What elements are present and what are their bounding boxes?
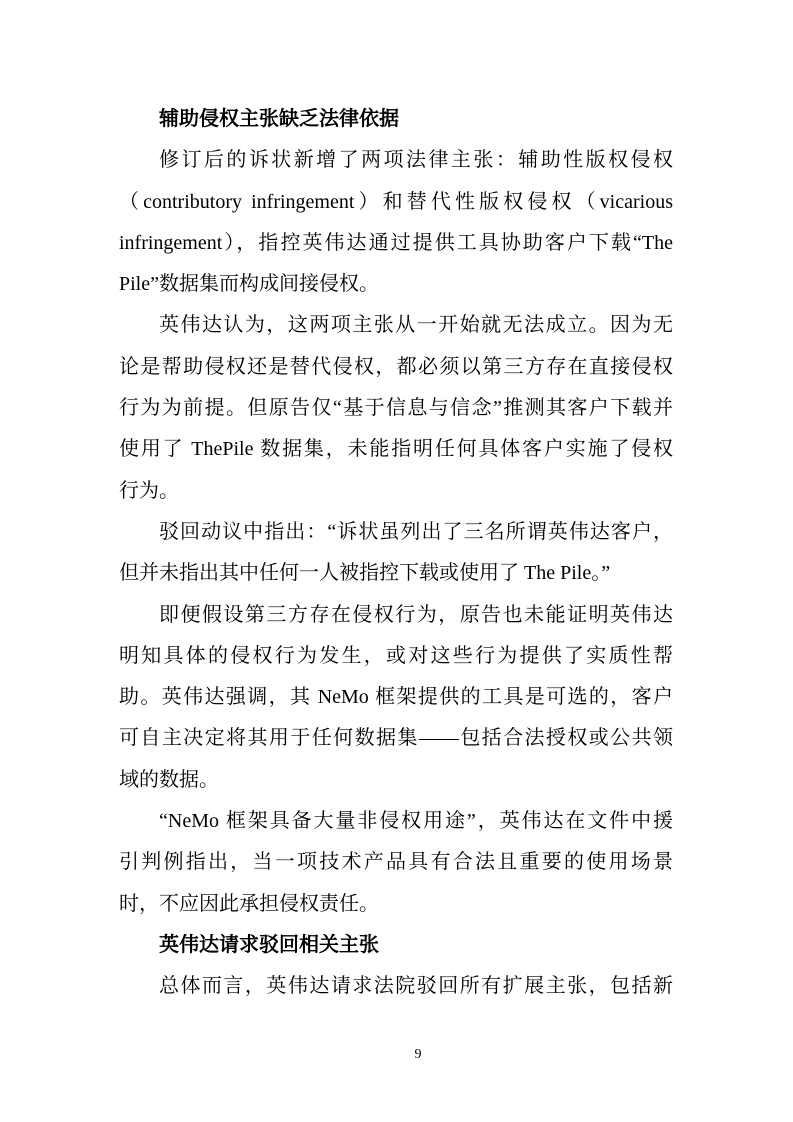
text-line: 引判例指出，当一项技术产品具有合法且重要的使用场景 [119,842,673,883]
page-body-text: 辅助侵权主张缺乏法律依据 修订后的诉状新增了两项法律主张：辅助性版权侵权 （co… [119,99,673,1008]
document-page: 辅助侵权主张缺乏法律依据 修订后的诉状新增了两项法律主张：辅助性版权侵权 （co… [0,0,793,1122]
heading-text: 英伟达请求驳回相关主张 [119,925,673,966]
paragraph-nvidia-position: 英伟达认为，这两项主张从一开始就无法成立。因为无 论是帮助侵权还是替代侵权，都必… [119,305,673,511]
text-line: “NeMo 框架具备大量非侵权用途”，英伟达在文件中援 [119,801,673,842]
text-line: 总体而言，英伟达请求法院驳回所有扩展主张，包括新 [119,966,673,1007]
text-line: 但并未指出其中任何一人被指控下载或使用了 The Pile。” [119,553,673,594]
text-line: （contributory infringement）和替代性版权侵权（vica… [119,182,673,223]
section-heading-dismiss-request: 英伟达请求驳回相关主张 [119,925,673,966]
text-line: 驳回动议中指出：“诉状虽列出了三名所谓英伟达客户， [119,512,673,553]
text-line: 时，不应因此承担侵权责任。 [119,884,673,925]
text-line: 英伟达认为，这两项主张从一开始就无法成立。因为无 [119,305,673,346]
text-line: 使用了 ThePile 数据集，未能指明任何具体客户实施了侵权 [119,429,673,470]
heading-text: 辅助侵权主张缺乏法律依据 [119,99,673,140]
text-line: 行为为前提。但原告仅“基于信息与信念”推测其客户下载并 [119,388,673,429]
text-line: 论是帮助侵权还是替代侵权，都必须以第三方存在直接侵权 [119,347,673,388]
page-number: 9 [0,1046,793,1064]
text-line: 助。英伟达强调，其 NeMo 框架提供的工具是可选的，客户 [119,677,673,718]
paragraph-new-claims: 修订后的诉状新增了两项法律主张：辅助性版权侵权 （contributory in… [119,140,673,305]
paragraph-overall-request: 总体而言，英伟达请求法院驳回所有扩展主张，包括新 [119,966,673,1007]
text-line: 即便假设第三方存在侵权行为，原告也未能证明英伟达 [119,595,673,636]
text-line: 明知具体的侵权行为发生，或对这些行为提供了实质性帮 [119,636,673,677]
text-line: 可自主决定将其用于任何数据集——包括合法授权或公共领 [119,718,673,759]
paragraph-nemo-optional: 即便假设第三方存在侵权行为，原告也未能证明英伟达 明知具体的侵权行为发生，或对这… [119,595,673,801]
text-line: Pile”数据集而构成间接侵权。 [119,264,673,305]
text-line: 行为。 [119,471,673,512]
text-line: infringement），指控英伟达通过提供工具协助客户下载“The [119,223,673,264]
paragraph-noninfringing-uses: “NeMo 框架具备大量非侵权用途”，英伟达在文件中援 引判例指出，当一项技术产… [119,801,673,925]
section-heading-contributory: 辅助侵权主张缺乏法律依据 [119,99,673,140]
text-line: 域的数据。 [119,760,673,801]
text-line: 修订后的诉状新增了两项法律主张：辅助性版权侵权 [119,140,673,181]
paragraph-motion-quote: 驳回动议中指出：“诉状虽列出了三名所谓英伟达客户， 但并未指出其中任何一人被指控… [119,512,673,595]
